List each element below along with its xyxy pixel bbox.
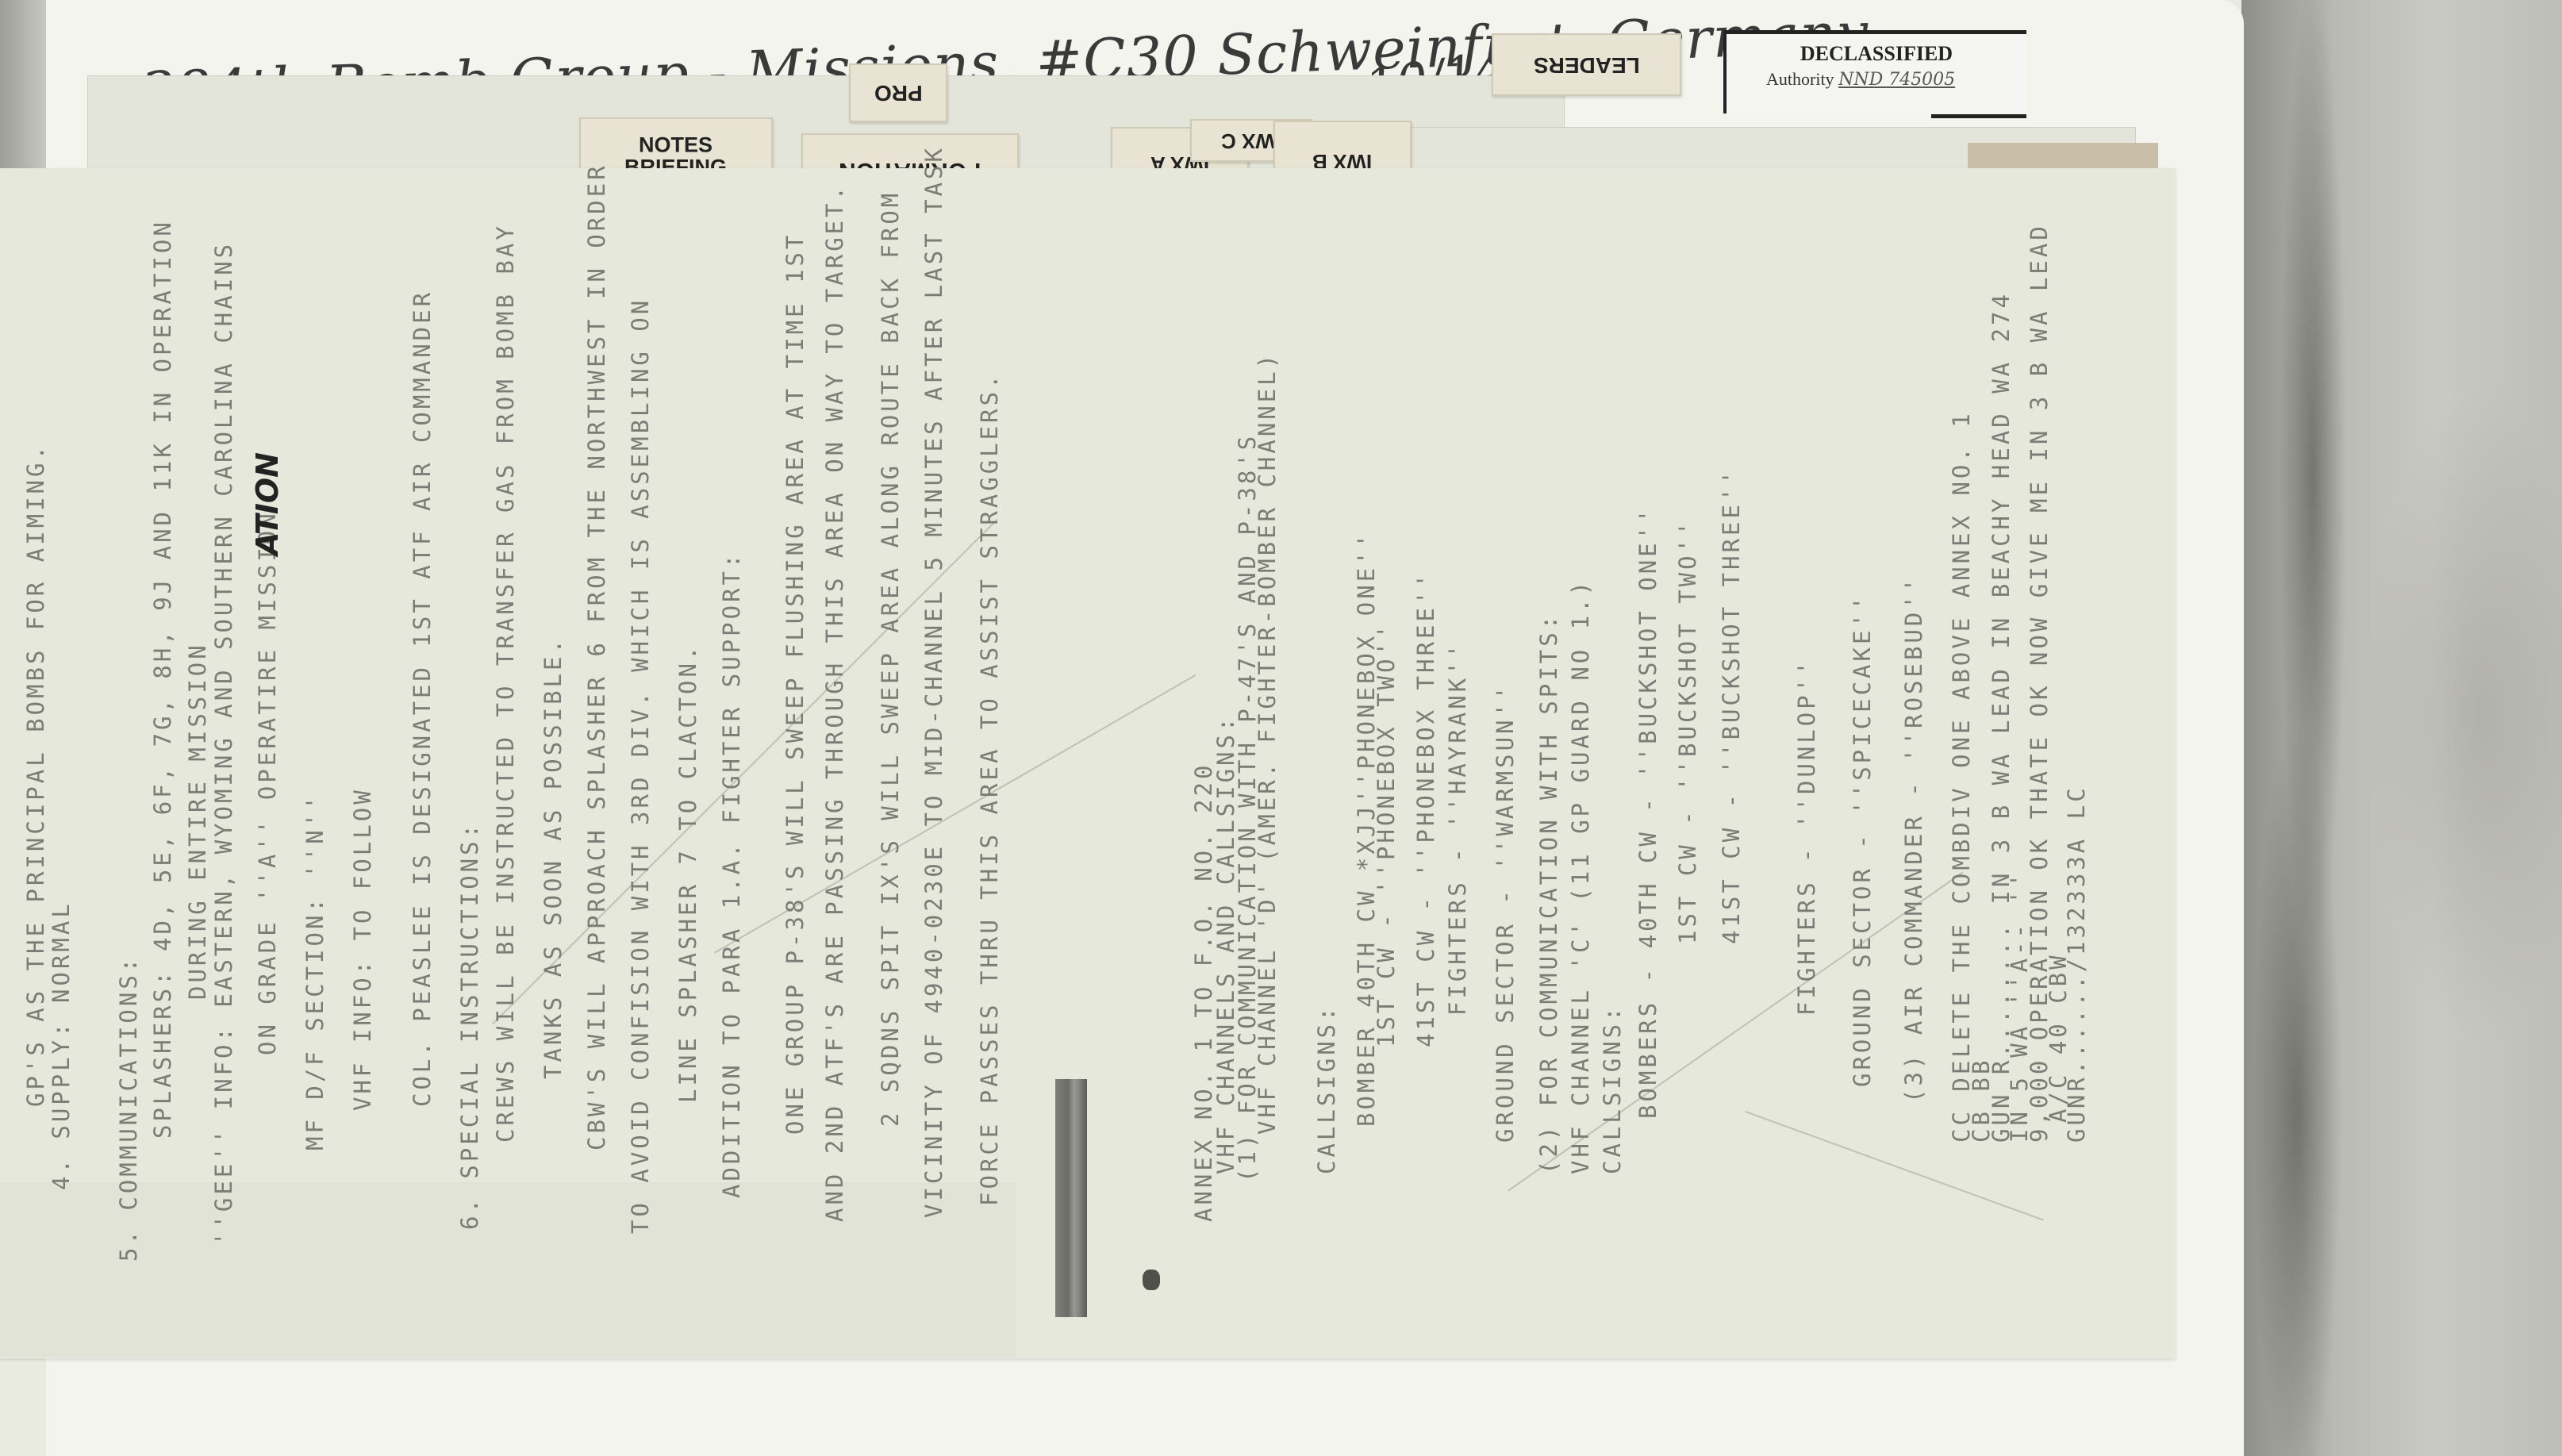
document-line: TANKS AS SOON AS POSSIBLE. <box>540 636 567 1079</box>
document-line: MF D/F SECTION: ''N'' <box>302 793 328 1151</box>
annex-line: 1ST CW - ''PHONEBOX TWO'' <box>1373 622 1400 1048</box>
document-line: AND 2ND ATF'S ARE PASSING THROUGH THIS A… <box>821 183 848 1222</box>
document-line: VHF INFO: TO FOLLOW <box>349 787 376 1111</box>
annex-line: BOMBERS - 40TH CW - ''BUCKSHOT ONE'' <box>1634 505 1661 1119</box>
document-line: GP'S AS THE PRINCIPAL BOMBS FOR AIMING. <box>22 443 49 1107</box>
annex-line: CALLSIGNS: <box>1599 1004 1626 1174</box>
document-line: DURING ENTIRE MISSION <box>184 642 211 1000</box>
document-line: SPLASHERS: 4D, 5E, 6F, 7G, 8H, 9J AND 11… <box>149 219 176 1139</box>
document-line: TO AVOID CONFISION WITH 3RD DIV. WHICH I… <box>627 298 654 1234</box>
ink-scribble <box>1055 1079 1087 1317</box>
marble-background <box>2241 0 2562 1456</box>
declassified-stamp: DECLASSIFIED Authority NND 745005 <box>1723 30 2026 113</box>
declassified-authority: Authority NND 745005 <box>1766 69 2026 90</box>
annex-line: VHF CHANNEL 'C' (11 GP GUARD NO 1.) <box>1567 578 1594 1174</box>
annex-line: (3) AIR COMMANDER - ''ROSEBUD'' <box>1900 575 1927 1103</box>
document-line: VICINITY OF 4940-0230E TO MID-CHANNEL 5 … <box>920 145 947 1218</box>
document-line: CREWS WILL BE INSTRUCTED TO TRANSFER GAS… <box>492 223 519 1143</box>
handwritten-annotation: ATION <box>250 452 285 555</box>
annex-line: GUNR....../132333A LC <box>2063 785 2090 1143</box>
document-line: 6. SPECIAL INSTRUCTIONS: <box>456 821 483 1230</box>
annex-line: 41ST CW - ''PHONEBOX THREE'' <box>1412 570 1439 1047</box>
document-line: 4. SUPPLY: NORMAL <box>48 901 75 1190</box>
ink-blot <box>1143 1270 1160 1290</box>
annex-line: VHF CHANNEL 'D' (AMER. FIGHTER-BOMBER CH… <box>1254 352 1281 1135</box>
document-line: CBW'S WILL APPROACH SPLASHER 6 FROM THE … <box>583 163 610 1151</box>
annex-line: 41ST CW - ''BUCKSHOT THREE'' <box>1718 467 1745 944</box>
document-line: ADDITION TO PARA 1.A. FIGHTER SUPPORT: <box>718 551 745 1198</box>
annex-line: FIGHTERS - ''DUNLOP'' <box>1793 658 1820 1016</box>
tab-pro[interactable]: PRO <box>849 63 947 122</box>
document-line: ''GEE'' INFO: EASTERN, WYOMING AND SOUTH… <box>210 241 237 1246</box>
declassified-heading: DECLASSIFIED <box>1727 42 2026 66</box>
document-line: 5. COMMUNICATIONS: <box>115 955 142 1262</box>
annex-line: CC DELETE THE COMBDIV ONE ABOVE ANNEX NO… <box>1948 410 1975 1143</box>
annex-line: CALLSIGNS: <box>1313 1004 1340 1174</box>
annex-line: (2) FOR COMMUNICATION WITH SPITS: <box>1535 613 1562 1174</box>
annex-line: 1ST CW - ''BUCKSHOT TWO'' <box>1674 519 1701 945</box>
annex-line: GROUND SECTOR - ''WARMSUN'' <box>1492 683 1519 1143</box>
document-line: ON GRADE ''A'' OPERATIRE MISSION <box>254 510 281 1055</box>
document-line: 2 SQDNS SPIT IX'S WILL SWEEP AREA ALONG … <box>877 190 904 1127</box>
underlying-sheet <box>0 1182 1016 1357</box>
document-line: COL. PEASLEE IS DESIGNATED 1ST ATF AIR C… <box>409 290 436 1107</box>
tab-leaders[interactable]: LEADERS <box>1492 33 1681 96</box>
document-line: ONE GROUP P-38'S WILL SWEEP FLUSHING ARE… <box>782 232 809 1135</box>
tab-iwx-b[interactable]: IWX B <box>1273 121 1412 175</box>
document-line: LINE SPLASHER 7 TO CLACTON. <box>674 643 701 1103</box>
annex-line: GROUND SECTOR - ''SPICECAKE'' <box>1849 594 1876 1087</box>
annex-line: FIGHTERS - ''HAYRANK'' <box>1444 641 1471 1016</box>
